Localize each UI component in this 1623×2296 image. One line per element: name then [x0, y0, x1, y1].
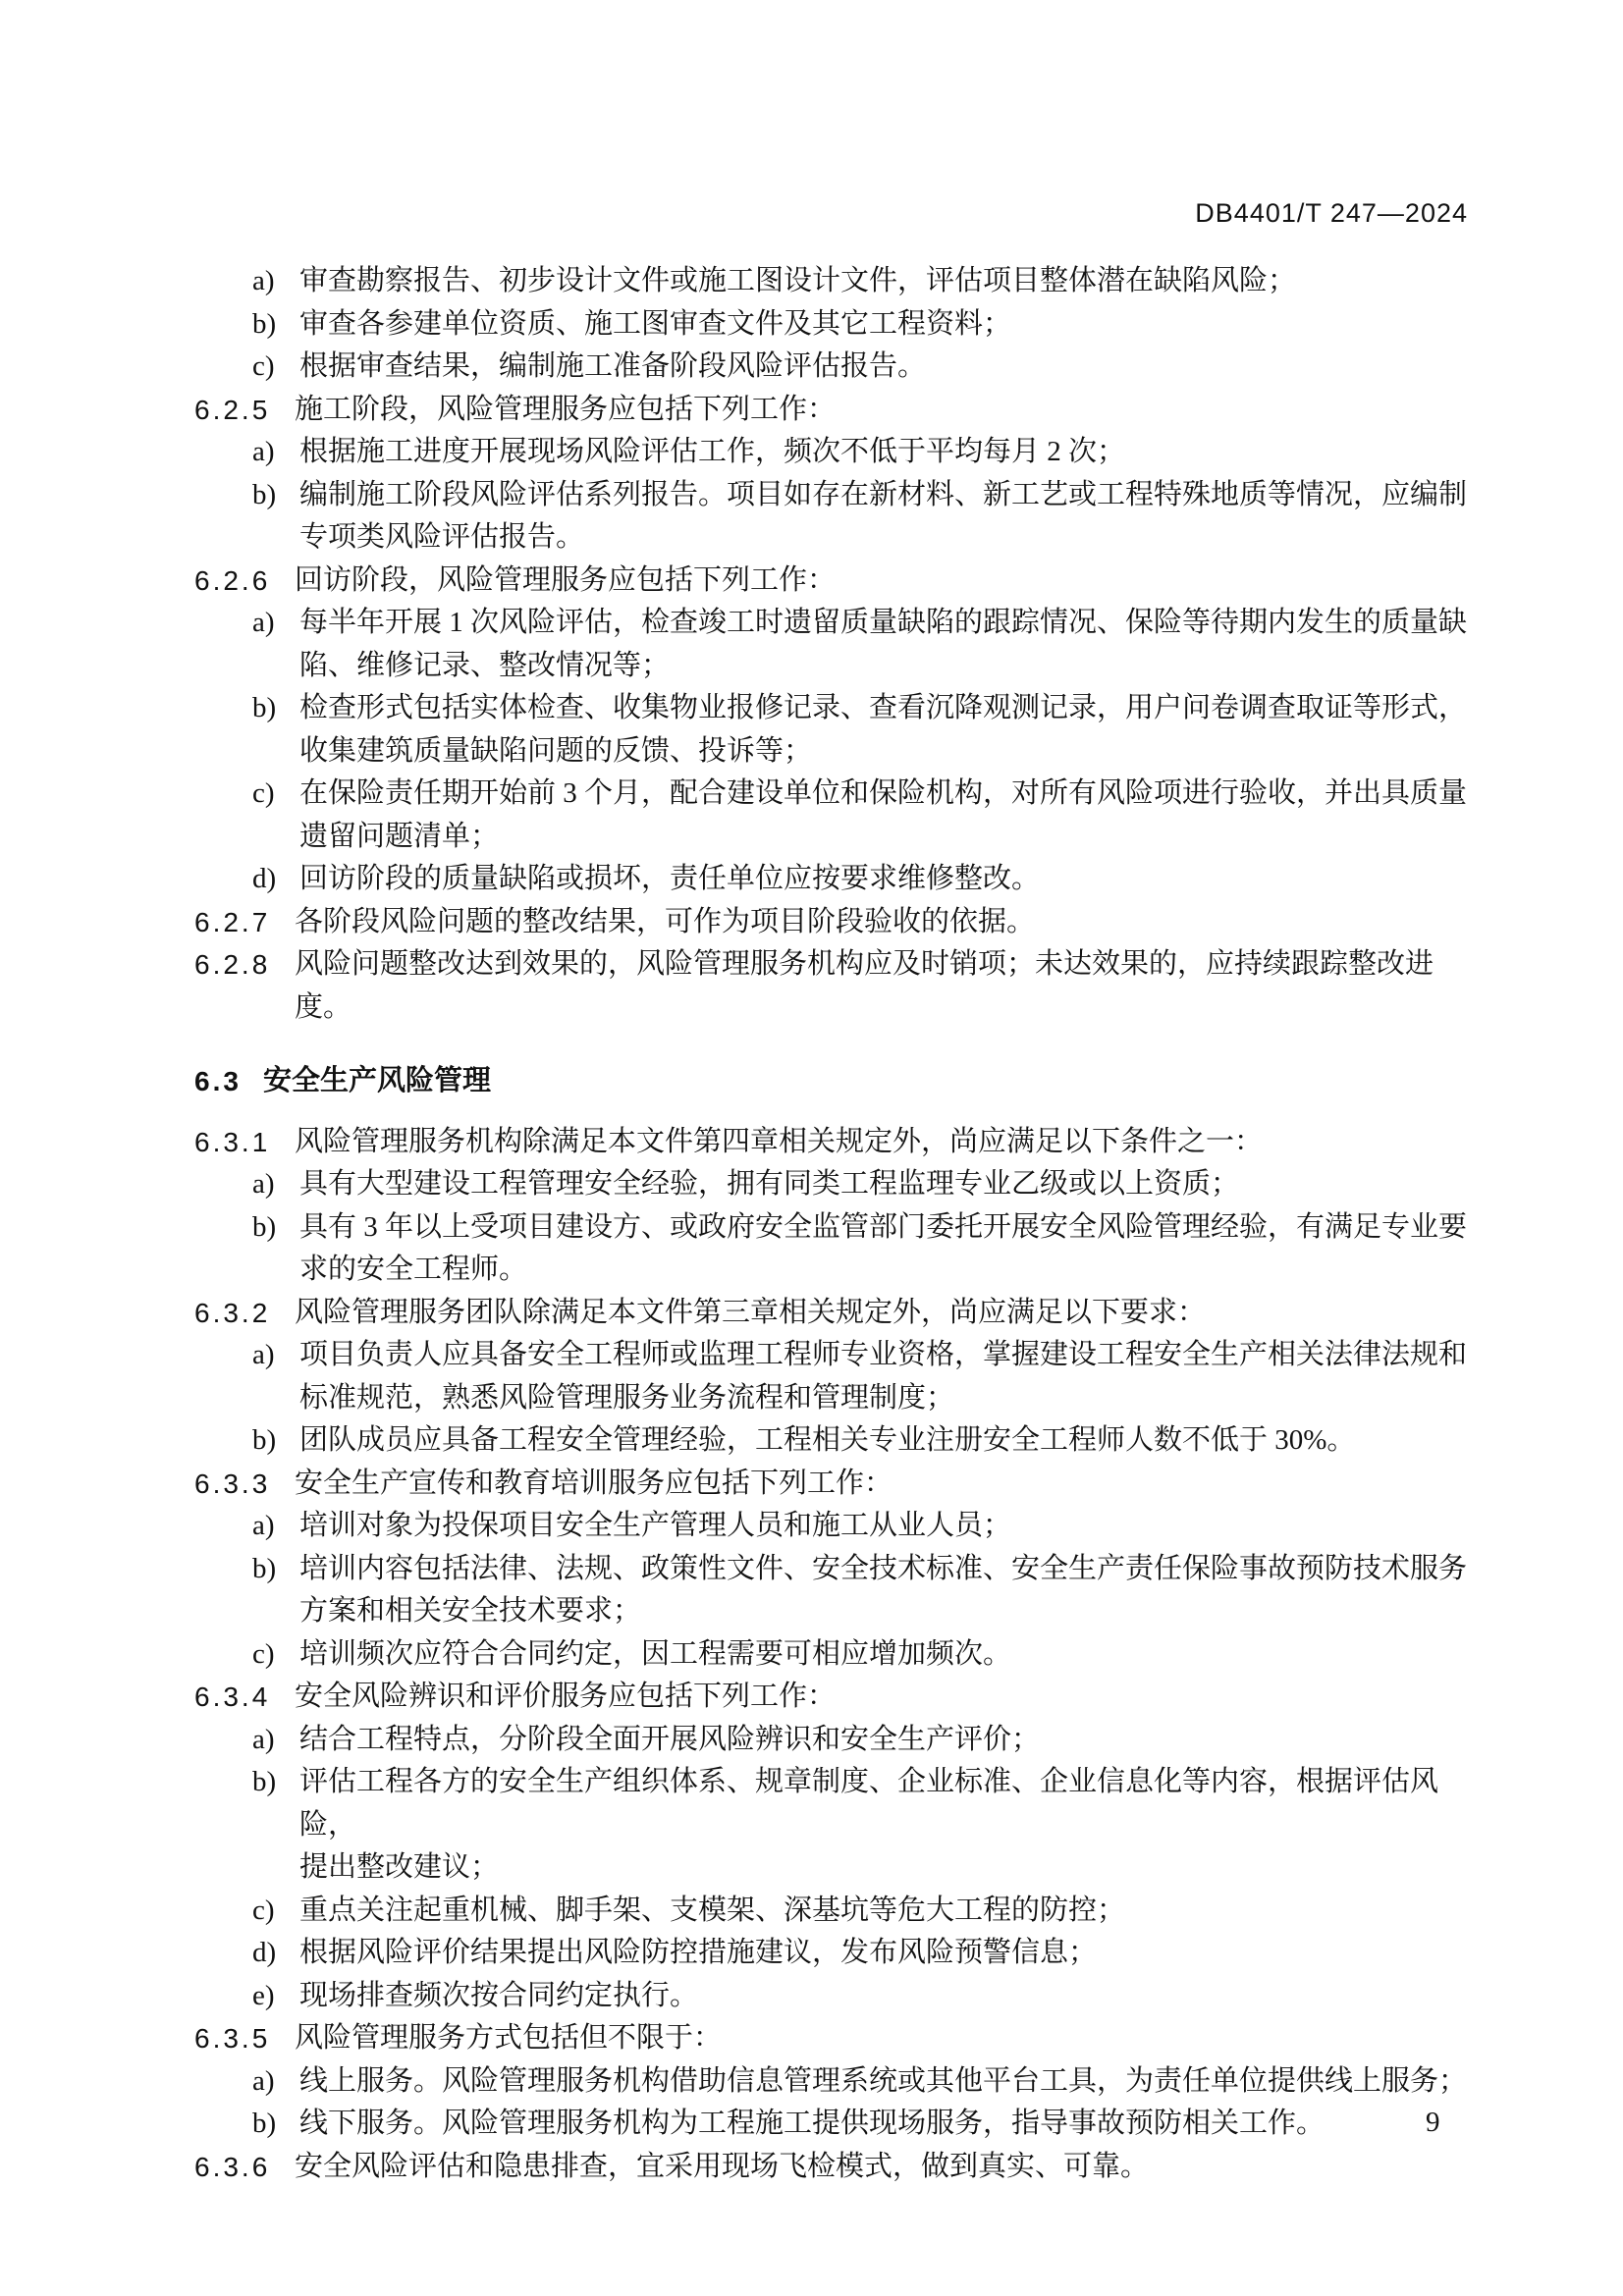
clause-number: 6.3.6 [194, 2146, 295, 2189]
list-item: c) 培训频次应符合合同约定，因工程需要可相应增加频次。 [194, 1633, 1468, 1677]
clause-number: 6.3.1 [194, 1121, 295, 1164]
item-text: 线下服务。风险管理服务机构为工程施工提供现场服务，指导事故预防相关工作。 [299, 2103, 1468, 2146]
list-item: a) 每半年开展 1 次风险评估，检查竣工时遗留质量缺陷的跟踪情况、保险等待期内… [194, 602, 1468, 687]
item-label: a) [252, 260, 299, 303]
clause-text: 风险管理服务团队除满足本文件第三章相关规定外，尚应满足以下要求： [295, 1292, 1468, 1335]
section-number: 6.3 [194, 1060, 263, 1103]
clause-row: 6.2.7 各阶段风险问题的整改结果，可作为项目阶段验收的依据。 [194, 901, 1468, 944]
list-item: a) 具有大型建设工程管理安全经验，拥有同类工程监理专业乙级或以上资质； [194, 1163, 1468, 1206]
clause-row: 6.3.1 风险管理服务机构除满足本文件第四章相关规定外，尚应满足以下条件之一： [194, 1121, 1468, 1164]
list-item: e) 现场排查频次按合同约定执行。 [194, 1975, 1468, 2018]
item-text: 根据审查结果，编制施工准备阶段风险评估报告。 [299, 346, 1468, 389]
document-body: a) 审查勘察报告、初步设计文件或施工图设计文件，评估项目整体潜在缺陷风险； b… [194, 260, 1468, 2188]
item-label: b) [252, 1206, 299, 1250]
item-label: a) [252, 1163, 299, 1206]
clause-number: 6.2.8 [194, 943, 295, 987]
list-item: a) 培训对象为投保项目安全生产管理人员和施工从业人员； [194, 1505, 1468, 1548]
clause-row: 6.3.5 风险管理服务方式包括但不限于： [194, 2017, 1468, 2060]
item-label: c) [252, 1890, 299, 1933]
list-item: a) 线上服务。风险管理服务机构借助信息管理系统或其他平台工具，为责任单位提供线… [194, 2060, 1468, 2104]
list-item: d) 根据风险评价结果提出风险防控措施建议，发布风险预警信息； [194, 1932, 1468, 1975]
list-item: a) 结合工程特点，分阶段全面开展风险辨识和安全生产评价； [194, 1719, 1468, 1762]
item-text: 根据施工进度开展现场风险评估工作，频次不低于平均每月 2 次； [299, 431, 1468, 474]
list-item: b) 编制施工阶段风险评估系列报告。项目如存在新材料、新工艺或工程特殊地质等情况… [194, 474, 1468, 560]
list-item: a) 审查勘察报告、初步设计文件或施工图设计文件，评估项目整体潜在缺陷风险； [194, 260, 1468, 303]
item-label: b) [252, 1548, 299, 1591]
clause-row: 6.3.6 安全风险评估和隐患排查，宜采用现场飞检模式，做到真实、可靠。 [194, 2146, 1468, 2189]
clause-text: 施工阶段，风险管理服务应包括下列工作： [295, 389, 1468, 432]
list-item: c) 在保险责任期开始前 3 个月，配合建设单位和保险机构，对所有风险项进行验收… [194, 773, 1468, 858]
item-text: 审查勘察报告、初步设计文件或施工图设计文件，评估项目整体潜在缺陷风险； [299, 260, 1468, 303]
list-item: b) 线下服务。风险管理服务机构为工程施工提供现场服务，指导事故预防相关工作。 [194, 2103, 1468, 2146]
clause-text: 各阶段风险问题的整改结果，可作为项目阶段验收的依据。 [295, 901, 1468, 944]
section-title: 安全生产风险管理 [263, 1060, 1468, 1103]
clause-number: 6.2.6 [194, 560, 295, 603]
list-item: b) 培训内容包括法律、法规、政策性文件、安全技术标准、安全生产责任保险事故预防… [194, 1548, 1468, 1633]
item-text: 重点关注起重机械、脚手架、支模架、深基坑等危大工程的防控； [299, 1890, 1468, 1933]
list-item: b) 评估工程各方的安全生产组织体系、规章制度、企业标准、企业信息化等内容，根据… [194, 1761, 1468, 1890]
clause-text: 风险管理服务方式包括但不限于： [295, 2017, 1468, 2060]
item-label: a) [252, 2060, 299, 2104]
clause-text: 安全生产宣传和教育培训服务应包括下列工作： [295, 1463, 1468, 1506]
item-text: 评估工程各方的安全生产组织体系、规章制度、企业标准、企业信息化等内容，根据评估风… [299, 1761, 1468, 1890]
item-text: 培训频次应符合合同约定，因工程需要可相应增加频次。 [299, 1633, 1468, 1677]
item-label: d) [252, 1932, 299, 1975]
doc-number: DB4401/T 247—2024 [1195, 198, 1468, 229]
item-text: 在保险责任期开始前 3 个月，配合建设单位和保险机构，对所有风险项进行验收，并出… [299, 773, 1468, 858]
list-item: a) 根据施工进度开展现场风险评估工作，频次不低于平均每月 2 次； [194, 431, 1468, 474]
clause-text: 回访阶段，风险管理服务应包括下列工作： [295, 560, 1468, 603]
item-text: 团队成员应具备工程安全管理经验，工程相关专业注册安全工程师人数不低于 30%。 [299, 1419, 1468, 1463]
item-label: b) [252, 1761, 299, 1804]
document-page: DB4401/T 247—2024 a) 审查勘察报告、初步设计文件或施工图设计… [0, 0, 1623, 2296]
clause-number: 6.2.7 [194, 901, 295, 944]
item-label: b) [252, 303, 299, 347]
item-label: c) [252, 773, 299, 816]
clause-row: 6.3.3 安全生产宣传和教育培训服务应包括下列工作： [194, 1463, 1468, 1506]
list-item: c) 根据审查结果，编制施工准备阶段风险评估报告。 [194, 346, 1468, 389]
list-item: d) 回访阶段的质量缺陷或损坏，责任单位应按要求维修整改。 [194, 858, 1468, 901]
item-text: 现场排查频次按合同约定执行。 [299, 1975, 1468, 2018]
item-label: b) [252, 2103, 299, 2146]
item-label: b) [252, 1419, 299, 1463]
item-text: 培训内容包括法律、法规、政策性文件、安全技术标准、安全生产责任保险事故预防技术服… [299, 1548, 1468, 1633]
item-label: c) [252, 1633, 299, 1677]
clause-text: 安全风险评估和隐患排查，宜采用现场飞检模式，做到真实、可靠。 [295, 2146, 1468, 2189]
item-text: 线上服务。风险管理服务机构借助信息管理系统或其他平台工具，为责任单位提供线上服务… [299, 2060, 1468, 2104]
item-label: a) [252, 1334, 299, 1377]
clause-number: 6.3.3 [194, 1463, 295, 1506]
list-item: b) 检查形式包括实体检查、收集物业报修记录、查看沉降观测记录，用户问卷调查取证… [194, 687, 1468, 773]
list-item: b) 团队成员应具备工程安全管理经验，工程相关专业注册安全工程师人数不低于 30… [194, 1419, 1468, 1463]
section-heading: 6.3 安全生产风险管理 [194, 1060, 1468, 1103]
page-number: 9 [1426, 2107, 1440, 2139]
item-label: b) [252, 474, 299, 517]
item-text: 检查形式包括实体检查、收集物业报修记录、查看沉降观测记录，用户问卷调查取证等形式… [299, 687, 1468, 773]
clause-row: 6.3.4 安全风险辨识和评价服务应包括下列工作： [194, 1676, 1468, 1719]
item-text: 结合工程特点，分阶段全面开展风险辨识和安全生产评价； [299, 1719, 1468, 1762]
clause-text: 安全风险辨识和评价服务应包括下列工作： [295, 1676, 1468, 1719]
item-label: a) [252, 602, 299, 645]
item-label: a) [252, 1719, 299, 1762]
item-text: 编制施工阶段风险评估系列报告。项目如存在新材料、新工艺或工程特殊地质等情况，应编… [299, 474, 1468, 560]
list-item: b) 具有 3 年以上受项目建设方、或政府安全监管部门委托开展安全风险管理经验，… [194, 1206, 1468, 1292]
item-text: 具有大型建设工程管理安全经验，拥有同类工程监理专业乙级或以上资质； [299, 1163, 1468, 1206]
item-text: 培训对象为投保项目安全生产管理人员和施工从业人员； [299, 1505, 1468, 1548]
item-text: 根据风险评价结果提出风险防控措施建议，发布风险预警信息； [299, 1932, 1468, 1975]
item-text: 回访阶段的质量缺陷或损坏，责任单位应按要求维修整改。 [299, 858, 1468, 901]
clause-number: 6.3.5 [194, 2017, 295, 2060]
clause-row: 6.2.6 回访阶段，风险管理服务应包括下列工作： [194, 560, 1468, 603]
item-text: 审查各参建单位资质、施工图审查文件及其它工程资料； [299, 303, 1468, 347]
clause-text: 风险管理服务机构除满足本文件第四章相关规定外，尚应满足以下条件之一： [295, 1121, 1468, 1164]
list-item: c) 重点关注起重机械、脚手架、支模架、深基坑等危大工程的防控； [194, 1890, 1468, 1933]
item-label: a) [252, 1505, 299, 1548]
item-label: d) [252, 858, 299, 901]
clause-number: 6.3.4 [194, 1676, 295, 1719]
item-text: 项目负责人应具备安全工程师或监理工程师专业资格，掌握建设工程安全生产相关法律法规… [299, 1334, 1468, 1419]
item-label: b) [252, 687, 299, 730]
clause-row: 6.2.8 风险问题整改达到效果的，风险管理服务机构应及时销项；未达效果的，应持… [194, 943, 1468, 1029]
item-label: a) [252, 431, 299, 474]
list-item: a) 项目负责人应具备安全工程师或监理工程师专业资格，掌握建设工程安全生产相关法… [194, 1334, 1468, 1419]
clause-number: 6.2.5 [194, 389, 295, 432]
list-item: b) 审查各参建单位资质、施工图审查文件及其它工程资料； [194, 303, 1468, 347]
item-label: e) [252, 1975, 299, 2018]
clause-row: 6.2.5 施工阶段，风险管理服务应包括下列工作： [194, 389, 1468, 432]
clause-text: 风险问题整改达到效果的，风险管理服务机构应及时销项；未达效果的，应持续跟踪整改进… [295, 943, 1468, 1029]
item-label: c) [252, 346, 299, 389]
item-text: 具有 3 年以上受项目建设方、或政府安全监管部门委托开展安全风险管理经验，有满足… [299, 1206, 1468, 1292]
clause-row: 6.3.2 风险管理服务团队除满足本文件第三章相关规定外，尚应满足以下要求： [194, 1292, 1468, 1335]
item-text: 每半年开展 1 次风险评估，检查竣工时遗留质量缺陷的跟踪情况、保险等待期内发生的… [299, 602, 1468, 687]
clause-number: 6.3.2 [194, 1292, 295, 1335]
